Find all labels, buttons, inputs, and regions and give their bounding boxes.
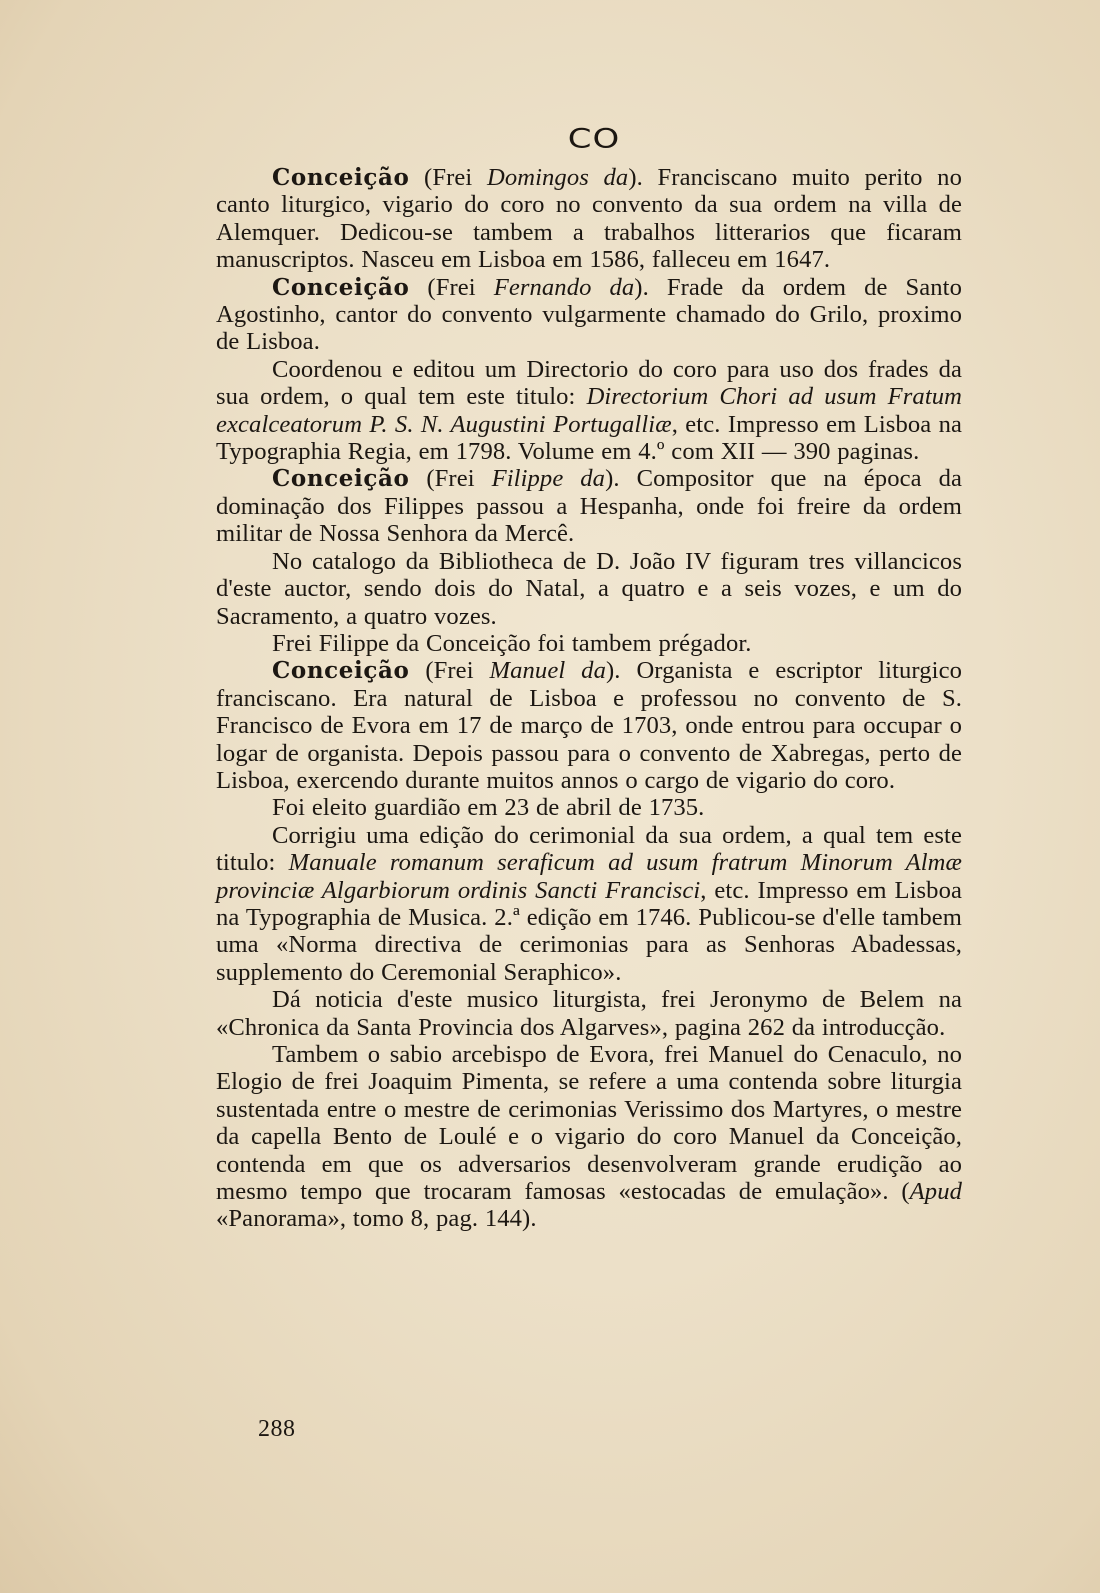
paren-open: (Frei [409,164,487,191]
paren-close: ). [606,657,636,684]
entry-paragraph: Tambem o sabio arcebispo de Evora, frei … [216,1041,962,1233]
entry-name: Manuel da [490,657,606,684]
running-head: CO [226,122,962,156]
entry-paragraph: Frei Filippe da Conceição foi tambem pré… [216,630,962,657]
text-run: Dá noticia d'este musico liturgista, fre… [216,986,962,1040]
entry-name: Filippe da [492,465,605,492]
entry-manuel: Conceição (Frei Manuel da). Organista e … [216,657,962,794]
text-run: «Panorama», tomo 8, pag. 144). [216,1205,537,1232]
headword: Conceição [272,657,409,684]
citation-apud: Apud [910,1178,962,1205]
paren-close: ). [605,465,636,492]
entry-paragraph: Dá noticia d'este musico liturgista, fre… [216,986,962,1041]
entry-filippe: Conceição (Frei Filippe da). Compositor … [216,465,962,547]
paren-open: (Frei [409,657,489,684]
entry-paragraph: Corrigiu uma edição do cerimonial da sua… [216,822,962,986]
body-text: Conceição (Frei Domingos da). Franciscan… [216,164,962,1233]
headword: Conceição [272,164,409,191]
entry-paragraph: Coordenou e editou um Directorio do coro… [216,356,962,466]
entry-domingos: Conceição (Frei Domingos da). Franciscan… [216,164,962,274]
paren-open: (Frei [409,274,493,301]
entry-name: Fernando da [494,274,635,301]
entry-paragraph: No catalogo da Bibliotheca de D. João IV… [216,548,962,630]
page-number: 288 [258,1415,296,1443]
dictionary-page: CO Conceição (Frei Domingos da). Francis… [216,112,962,1233]
entry-paragraph: Foi eleito guardião em 23 de abril de 17… [216,794,962,821]
headword: Conceição [272,465,409,492]
paren-open: (Frei [409,465,491,492]
paren-close: ). [628,164,657,191]
paren-close: ). [634,274,667,301]
entry-name: Domingos da [487,164,628,191]
entry-fernando: Conceição (Frei Fernando da). Frade da o… [216,274,962,356]
text-run: Tambem o sabio arcebispo de Evora, frei … [216,1041,962,1205]
text-run: Frei Filippe da Conceição foi tambem pré… [272,630,752,657]
headword: Conceição [272,274,409,301]
text-run: No catalogo da Bibliotheca de D. João IV… [216,548,962,630]
text-run: Foi eleito guardião em 23 de abril de 17… [272,794,704,821]
